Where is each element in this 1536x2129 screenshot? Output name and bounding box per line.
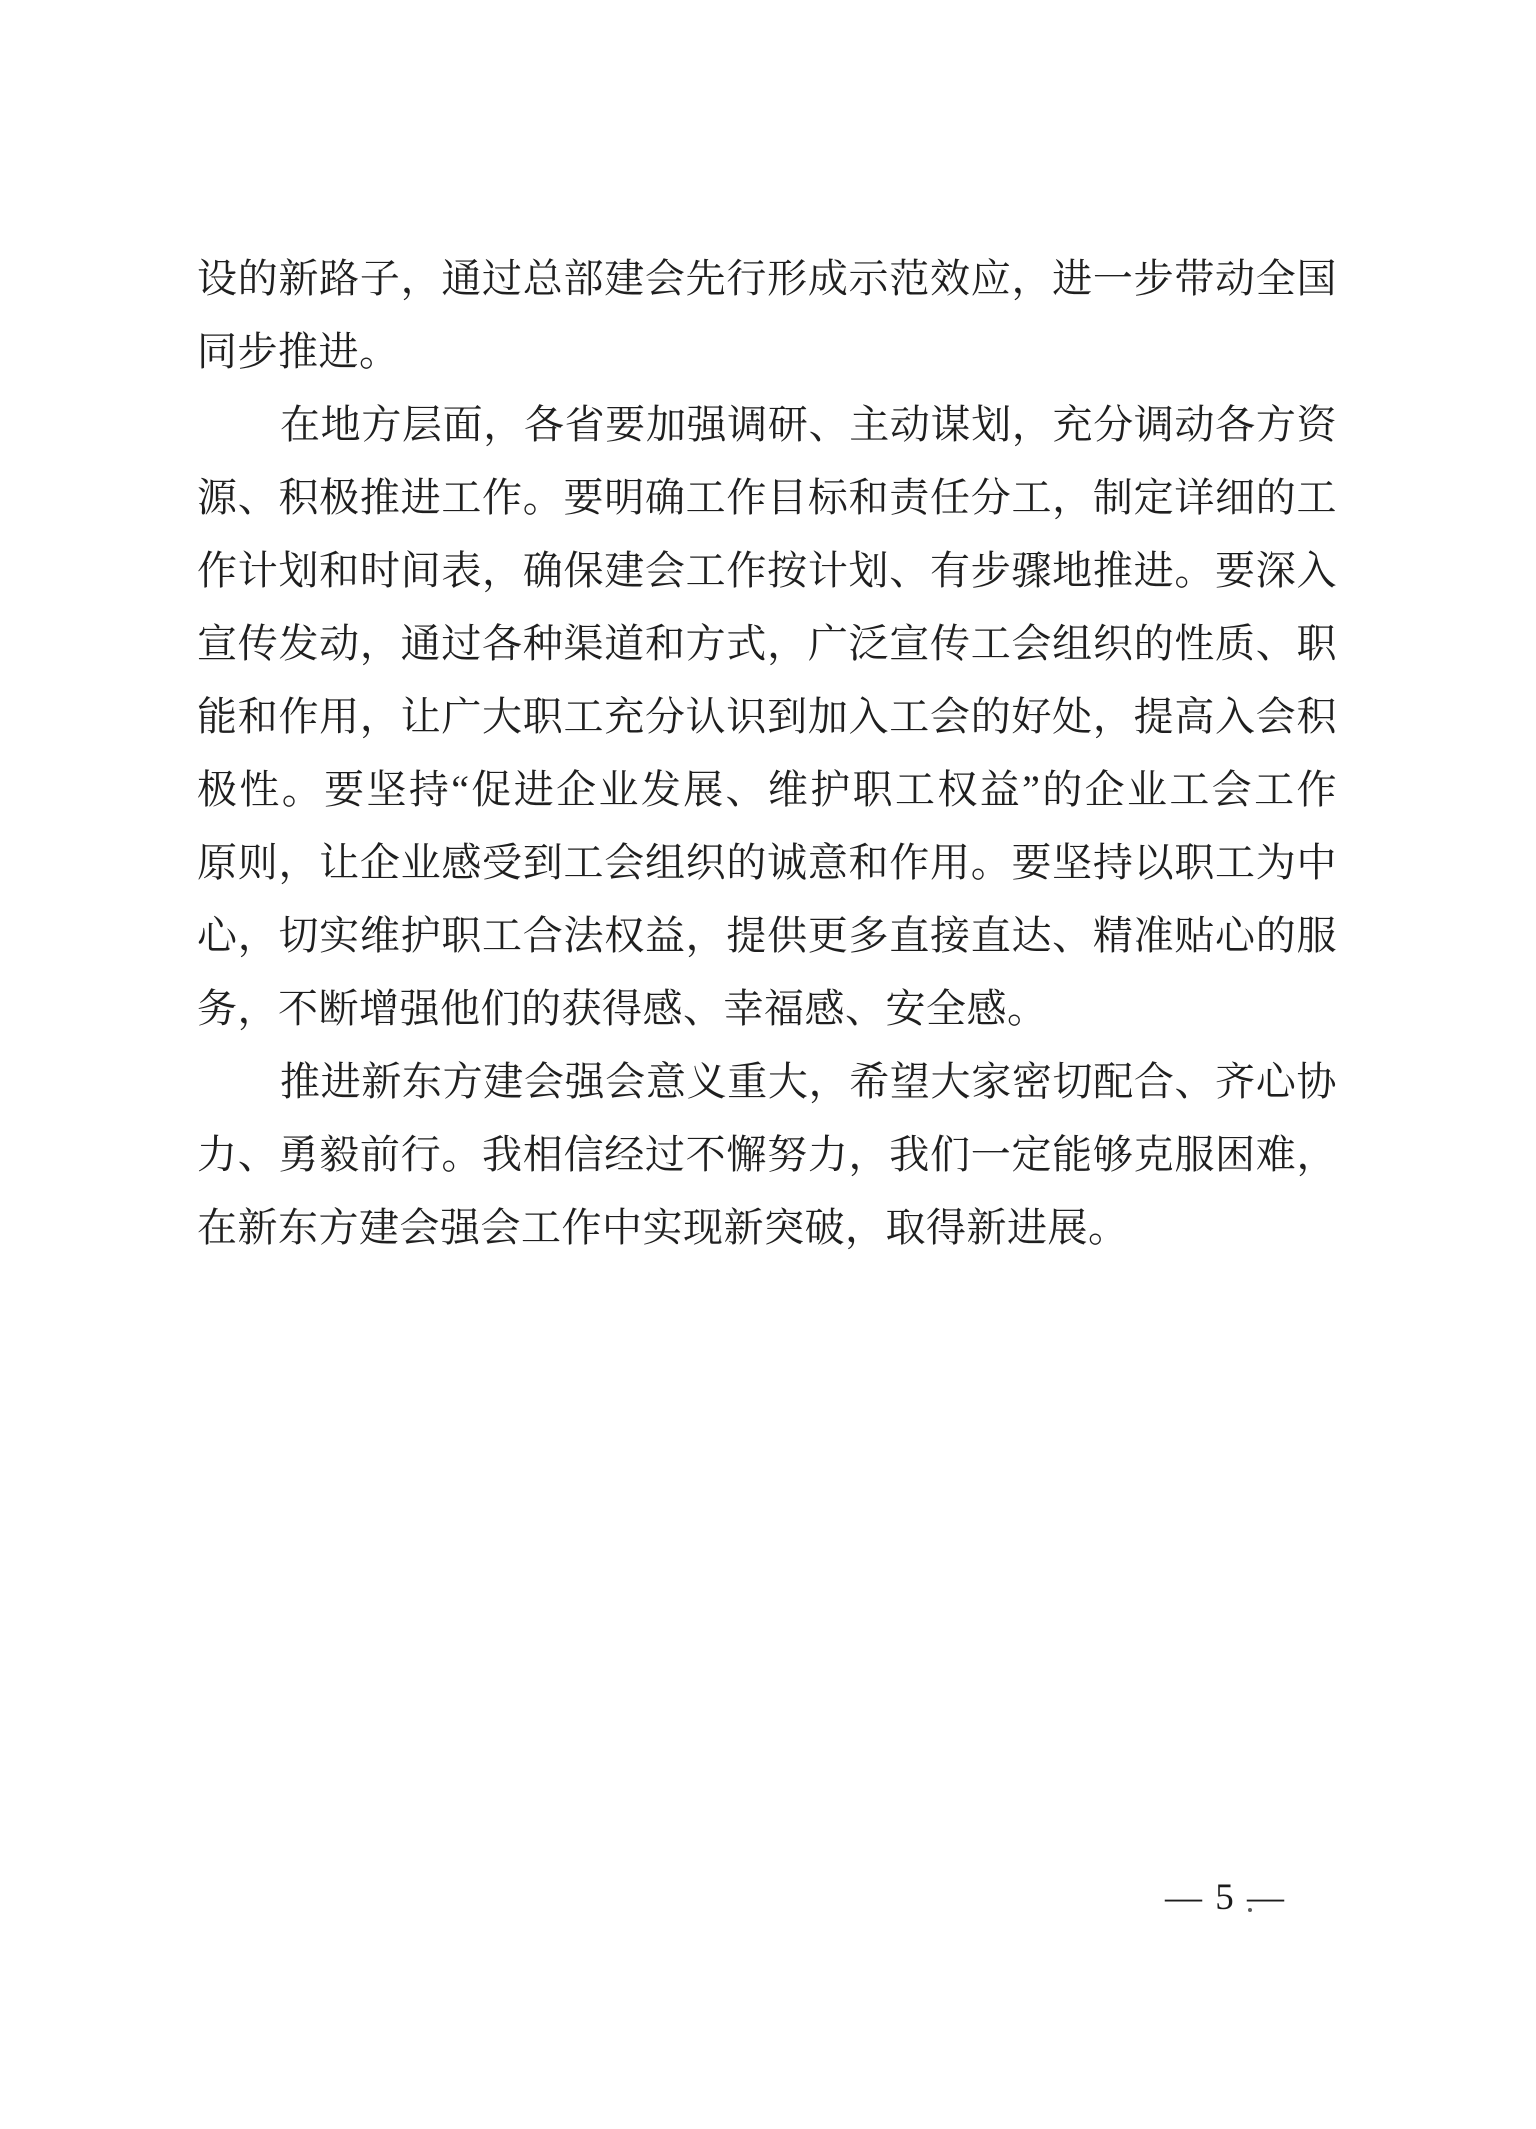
text-line: 原则，让企业感受到工会组织的诚意和作用。要坚持以职工为中 <box>197 826 1337 899</box>
text-line: 心，切实维护职工合法权益，提供更多直接直达、精准贴心的服 <box>197 899 1337 972</box>
text-line: 设的新路子，通过总部建会先行形成示范效应，进一步带动全国 <box>197 242 1337 315</box>
text-line: 同步推进。 <box>197 315 1337 388</box>
text-line: 力、勇毅前行。我相信经过不懈努力，我们一定能够克服困难， <box>197 1118 1337 1191</box>
body-text: 设的新路子，通过总部建会先行形成示范效应，进一步带动全国 同步推进。 在地方层面… <box>197 242 1337 1264</box>
text-line: 推进新东方建会强会意义重大，希望大家密切配合、齐心协 <box>197 1045 1337 1118</box>
text-line: 宣传发动，通过各种渠道和方式，广泛宣传工会组织的性质、职 <box>197 607 1337 680</box>
text-line: 作计划和时间表，确保建会工作按计划、有步骤地推进。要深入 <box>197 534 1337 607</box>
text-line: 极性。要坚持“促进企业发展、维护职工权益”的企业工会工作 <box>197 753 1337 826</box>
text-line: 能和作用，让广大职工充分认识到加入工会的好处，提高入会积 <box>197 680 1337 753</box>
text-line: 在新东方建会强会工作中实现新突破，取得新进展。 <box>197 1191 1337 1264</box>
text-line: 在地方层面，各省要加强调研、主动谋划，充分调动各方资 <box>197 388 1337 461</box>
text-line: 源、积极推进工作。要明确工作目标和责任分工，制定详细的工 <box>197 461 1337 534</box>
document-page: 设的新路子，通过总部建会先行形成示范效应，进一步带动全国 同步推进。 在地方层面… <box>0 0 1536 2129</box>
text-line: 务，不断增强他们的获得感、幸福感、安全感。 <box>197 972 1337 1045</box>
page-number: — 5 — <box>1165 1876 1286 1920</box>
scan-speck <box>1248 1908 1252 1912</box>
